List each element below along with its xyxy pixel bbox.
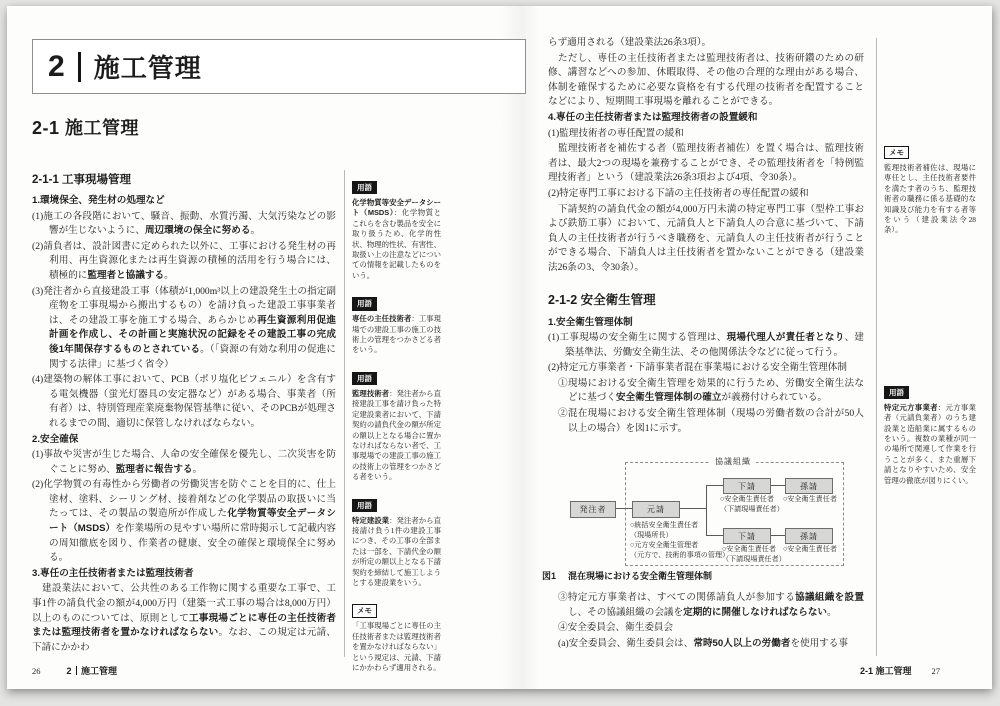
paragraph: ①現場における安全衛生管理を効果的に行うため、労働安全衛生法などに基づく安全衛生… xyxy=(558,377,864,406)
sidebar-note-text: 監理技術者：発注者から直接建設工事を請け負った特定建設業者において、下請契約の請… xyxy=(352,389,441,483)
left-footer-divider xyxy=(76,666,78,675)
subsection-heading: 2-1-2 安全衛生管理 xyxy=(548,290,864,308)
note-line: （下請現場責任者） xyxy=(720,504,784,514)
paragraph: (1)事故や災害が生じた場合、人命の安全確保を優先し、二次災害を防ぐことに努め、… xyxy=(32,448,336,477)
note-line: ○安全衛生責任者 xyxy=(722,544,786,554)
term-note: 用語監理技術者：発注者から直接建設工事を請け負った特定建設業者において、下請契約… xyxy=(352,368,441,483)
left-sidebar: 用語化学物質等安全データシート（MSDS）：化学物質とこれらを含む製品を安全に取… xyxy=(352,177,441,685)
paragraph: 4.専任の主任技術者または監理技術者の設置緩和 xyxy=(548,111,864,126)
sidebar-note-text: 監理技術者補佐は、現場に専任とし、主任技術者要件を満たす者のうち、監理技術者の職… xyxy=(884,163,976,236)
paragraph: (2)化学物質の有毒性から労働者の労働災害を防ぐことを目的に、仕上塗材、塗料、シ… xyxy=(32,478,336,566)
note-line: （下請現場責任者） xyxy=(722,554,786,564)
memo-note: メモ「工事現場ごとに専任の主任技術者または監理技術者を置かなければならない」とい… xyxy=(352,600,441,673)
paragraph: (2)請負者は、設計図書に定められた以外に、工事における発生材の再利用、再生資源… xyxy=(32,240,336,284)
paragraph: 1.安全衛生管理体制 xyxy=(548,316,864,331)
left-sidebar-rule xyxy=(344,170,345,657)
right-sidebar: メモ監理技術者補佐は、現場に専任とし、主任技術者要件を満たす者のうち、監理技術者… xyxy=(884,142,976,498)
term-note: 用語化学物質等安全データシート（MSDS）：化学物質とこれらを含む製品を安全に取… xyxy=(352,177,441,281)
note-line: ○安全衛生責任者 xyxy=(720,494,784,504)
paragraph: 下請契約の請負代金の額が4,000万円未満の特定専門工事（型枠工事および鉄筋工事… xyxy=(548,203,864,276)
subsubcontractor-2-note: ○安全衛生責任者 xyxy=(783,544,837,554)
paragraph: ④安全委員会、衛生委員会 xyxy=(558,621,864,636)
paragraph: (1)工事現場の安全衛生に関する管理は、現場代理人が責任者となり、建築基準法、労… xyxy=(548,331,864,360)
figure-caption: 図1 混在現場における安全衛生管理体制 xyxy=(542,569,712,582)
term-tag: 用語 xyxy=(352,181,377,194)
connector-line xyxy=(706,485,723,486)
memo-note: メモ監理技術者補佐は、現場に専任とし、主任技術者要件を満たす者のうち、監理技術者… xyxy=(884,142,976,236)
node-subcontractor-2: 下請 xyxy=(723,528,771,544)
connector-line xyxy=(678,508,706,509)
left-footer-chapter-number: 2 xyxy=(67,666,72,676)
term-note: 用語特定建設業：発注者から直接請け負う1件の建設工事につき、その工事の全部または… xyxy=(352,495,441,589)
note-line: ○安全衛生責任者 xyxy=(783,494,837,504)
paragraph: 建設業法において、公共性のある工作物に関する重要な工事で、工事1件の請負代金の額… xyxy=(32,582,336,655)
left-page-number: 26 xyxy=(32,666,41,676)
paragraph: (1)監理技術者の専任配置の緩和 xyxy=(548,127,864,142)
note-line: ○統括安全衛生責任者 xyxy=(630,520,729,530)
connector-line xyxy=(769,535,785,536)
paragraph: (a)安全委員会、衛生委員会は、常時50人以上の労働者を使用する事 xyxy=(558,637,864,652)
figure-safety-org-chart: 協議組織 発注者 元請 下請 孫請 下請 孫請 ○統括安全衛生責任者 （現場所長… xyxy=(540,448,862,570)
right-main-column-bottom: ③特定元方事業者は、すべての関係請負人が参加する協議組織を設置し、その協議組織の… xyxy=(548,591,864,652)
note-line: ○元方安全衛生管理者 xyxy=(630,540,729,550)
memo-tag: メモ xyxy=(884,146,909,159)
prime-contractor-note: ○統括安全衛生責任者 （現場所長） ○元方安全衛生管理者 （元方で、技術的事項の… xyxy=(630,520,729,560)
paragraph: (2)特定元方事業者・下請事業者混在事業場における安全衛生管理体制 xyxy=(548,361,864,376)
term-tag: 用語 xyxy=(884,386,909,399)
node-subcontractor-1: 下請 xyxy=(723,478,771,494)
paragraph: ただし、専任の主任技術者または監理技術者は、技術研鑽のための研修、講習などへの参… xyxy=(548,52,864,110)
right-footer: 2-1 施工管理 27 xyxy=(770,664,940,677)
section-title: 2-1 施工管理 xyxy=(32,114,139,140)
sidebar-note-text: 化学物質等安全データシート（MSDS）：化学物質とこれらを含む製品を安全に取り扱… xyxy=(352,198,441,281)
note-line: （元方で、技術的事項の管理） xyxy=(630,550,729,560)
book-spread: 2 施工管理 2-1 施工管理 2-1-1 工事現場管理 1.環境保全、発生材の… xyxy=(0,0,1000,706)
left-footer: 26 2 施工管理 xyxy=(32,664,117,677)
paragraph: 2.安全確保 xyxy=(32,433,336,448)
sidebar-note-text: 専任の主任技術者：工事現場での建設工事の施工の技術上の管理をつかさどる者をいう。 xyxy=(352,314,441,356)
chapter-title-divider xyxy=(78,52,81,82)
figure-caption-label: 図1 xyxy=(542,569,556,582)
right-footer-section: 2-1 施工管理 xyxy=(860,664,912,677)
paragraph: (4)建築物の解体工事において、PCB（ポリ塩化ビフェニル）を含有する電気機器（… xyxy=(32,373,336,431)
subsection-title: 2-1-1 工事現場管理 xyxy=(32,171,131,187)
memo-tag: メモ xyxy=(352,604,377,617)
right-page-number: 27 xyxy=(932,666,941,676)
paragraph: ③特定元方事業者は、すべての関係請負人が参加する協議組織を設置し、その協議組織の… xyxy=(558,591,864,620)
subsubcontractor-1-note: ○安全衛生責任者 xyxy=(783,494,837,504)
paragraph: 監理技術者を補佐する者（監理技術者補佐）を置く場合は、監理技術者は、最大2つの現… xyxy=(548,142,864,186)
chapter-number: 2 xyxy=(48,50,65,84)
chapter-title: 施工管理 xyxy=(94,48,202,85)
term-tag: 用語 xyxy=(352,297,377,310)
subcontractor-2-note: ○安全衛生責任者 （下請現場責任者） xyxy=(722,544,786,564)
consultation-group-label: 協議組織 xyxy=(710,456,756,467)
sidebar-note-text: 特定元方事業者：元方事業者（元請負業者）のうち建設業と造船業に属するものをいう。… xyxy=(884,403,976,486)
subcontractor-1-note: ○安全衛生責任者 （下請現場責任者） xyxy=(720,494,784,514)
term-note: 用語専任の主任技術者：工事現場での建設工事の施工の技術上の管理をつかさどる者をい… xyxy=(352,293,441,356)
left-footer-chapter-title: 施工管理 xyxy=(81,664,117,677)
paragraph: (1)施工の各段階において、騒音、振動、水質汚濁、大気汚染などの影響が生じないよ… xyxy=(32,210,336,239)
term-note: 用語特定元方事業者：元方事業者（元請負業者）のうち建設業と造船業に属するものをい… xyxy=(884,382,976,486)
sidebar-note-text: 「工事現場ごとに専任の主任技術者または監理技術者を置かなければならない」という規… xyxy=(352,621,441,673)
node-prime-contractor: 元請 xyxy=(632,501,680,518)
sidebar-note-text: 特定建設業：発注者から直接請け負う1件の建設工事につき、その工事の全部または一部… xyxy=(352,516,441,589)
paragraph: (3)発注者から直接建設工事（体積が1,000m³以上の建設発生土の指定副産物を… xyxy=(32,285,336,373)
left-footer-chapter: 2 施工管理 xyxy=(67,664,118,677)
page-gutter-shadow xyxy=(500,6,540,689)
paragraph: ②混在現場における安全衛生管理体制（現場の労働者数の合計が50人以上の場合）を図… xyxy=(558,407,864,436)
paragraph: らず適用される（建設業法26条3項）。 xyxy=(548,36,864,51)
node-subsubcontractor-2: 孫請 xyxy=(785,528,833,544)
note-line: ○安全衛生責任者 xyxy=(783,544,837,554)
chapter-title-box: 2 施工管理 xyxy=(32,39,526,94)
paragraph: 3.専任の主任技術者または監理技術者 xyxy=(32,567,336,582)
connector-line xyxy=(614,508,632,509)
term-tag: 用語 xyxy=(352,499,377,512)
paragraph: (2)特定専門工事における下請の主任技術者の専任配置の緩和 xyxy=(548,187,864,202)
figure-caption-text: 混在現場における安全衛生管理体制 xyxy=(568,569,712,582)
connector-line xyxy=(769,485,785,486)
node-subsubcontractor-1: 孫請 xyxy=(785,478,833,494)
right-sidebar-rule xyxy=(876,38,877,656)
right-main-column-top: らず適用される（建設業法26条3項）。ただし、専任の主任技術者または監理技術者は… xyxy=(548,36,864,437)
note-line: （現場所長） xyxy=(630,530,729,540)
term-tag: 用語 xyxy=(352,372,377,385)
node-owner: 発注者 xyxy=(570,501,616,518)
paragraph: 1.環境保全、発生材の処理など xyxy=(32,194,336,209)
left-main-column: 1.環境保全、発生材の処理など(1)施工の各段階において、騒音、振動、水質汚濁、… xyxy=(32,193,336,656)
